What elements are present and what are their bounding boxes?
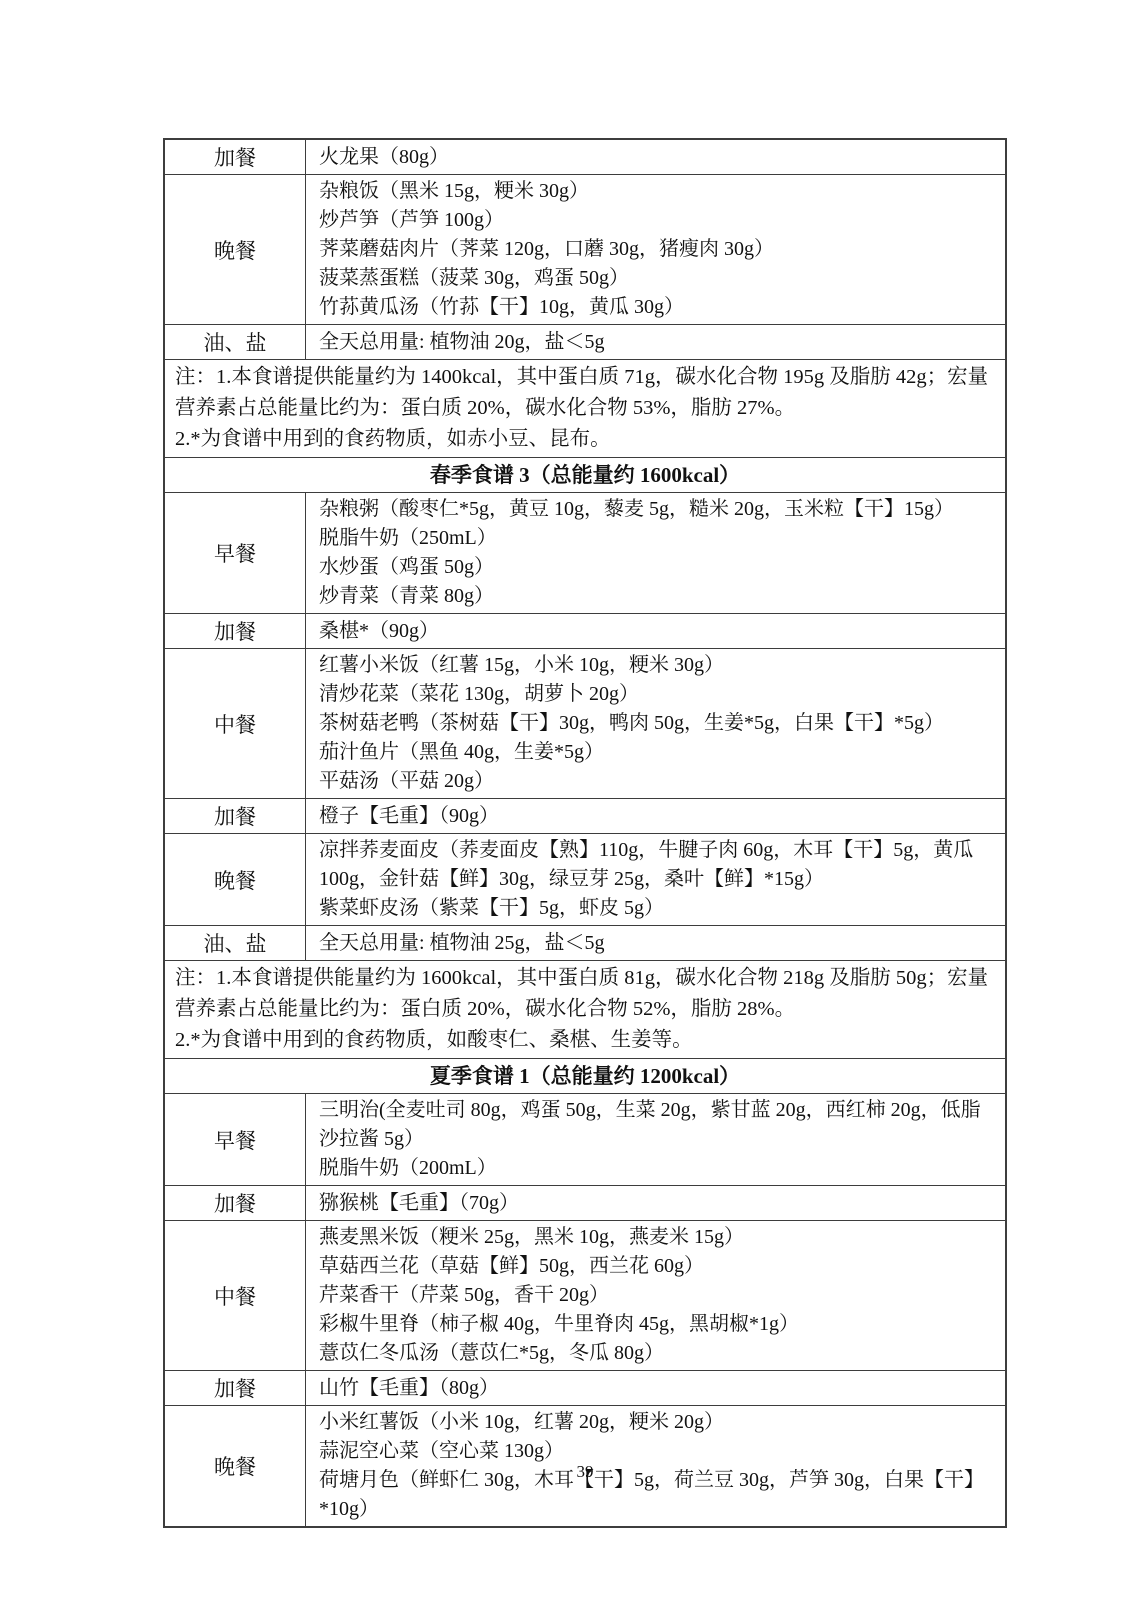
dish-line: 杂粮粥（酸枣仁*5g，黄豆 10g，藜麦 5g，糙米 20g，玉米粒【干】15g… <box>319 495 999 524</box>
meal-label: 中餐 <box>164 649 306 799</box>
table-row: 早餐 杂粮粥（酸枣仁*5g，黄豆 10g，藜麦 5g，糙米 20g，玉米粒【干】… <box>164 493 1006 614</box>
dish-line: 脱脂牛奶（200mL） <box>319 1154 999 1183</box>
meal-content: 橙子【毛重】（90g） <box>306 799 1007 834</box>
dish-line: 茶树菇老鸭（茶树菇【干】30g，鸭肉 50g，生姜*5g，白果【干】*5g） <box>319 709 999 738</box>
meal-label: 加餐 <box>164 1371 306 1406</box>
table-row: 中餐 燕麦黑米饭（粳米 25g，黑米 10g，燕麦米 15g） 草菇西兰花（草菇… <box>164 1221 1006 1371</box>
dish-line: 火龙果（80g） <box>319 143 999 172</box>
meal-label: 早餐 <box>164 493 306 614</box>
page-number: 39 <box>163 1462 1007 1482</box>
meal-label: 油、盐 <box>164 926 306 961</box>
dish-line: 燕麦黑米饭（粳米 25g，黑米 10g，燕麦米 15g） <box>319 1223 999 1252</box>
table-row: 春季食谱 3（总能量约 1600kcal） <box>164 458 1006 493</box>
dish-line: 凉拌荞麦面皮（荞麦面皮【熟】110g，牛腱子肉 60g，木耳【干】5g，黄瓜 1… <box>319 836 999 894</box>
table-row: 油、盐 全天总用量: 植物油 25g，盐＜5g <box>164 926 1006 961</box>
table-row: 夏季食谱 1（总能量约 1200kcal） <box>164 1059 1006 1094</box>
meal-plan-table: 加餐 火龙果（80g） 晚餐 杂粮饭（黑米 15g，粳米 30g） 炒芦笋（芦笋… <box>163 138 1007 1528</box>
meal-content: 三明治(全麦吐司 80g，鸡蛋 50g，生菜 20g，紫甘蓝 20g，西红柿 2… <box>306 1094 1007 1186</box>
table-row: 注：1.本食谱提供能量约为 1600kcal，其中蛋白质 81g，碳水化合物 2… <box>164 961 1006 1059</box>
table-row: 加餐 山竹【毛重】（80g） <box>164 1371 1006 1406</box>
table-row: 加餐 猕猴桃【毛重】（70g） <box>164 1186 1006 1221</box>
meal-label: 油、盐 <box>164 325 306 360</box>
table-row: 晚餐 凉拌荞麦面皮（荞麦面皮【熟】110g，牛腱子肉 60g，木耳【干】5g，黄… <box>164 834 1006 926</box>
dish-line: 清炒花菜（菜花 130g，胡萝卜 20g） <box>319 680 999 709</box>
meal-label: 加餐 <box>164 139 306 175</box>
table-row: 加餐 橙子【毛重】（90g） <box>164 799 1006 834</box>
dish-line: 小米红薯饭（小米 10g，红薯 20g，粳米 20g） <box>319 1408 999 1437</box>
recipe-title: 春季食谱 3（总能量约 1600kcal） <box>164 458 1006 493</box>
dish-line: 茄汁鱼片（黑鱼 40g，生姜*5g） <box>319 738 999 767</box>
table-row: 注：1.本食谱提供能量约为 1400kcal，其中蛋白质 71g，碳水化合物 1… <box>164 360 1006 458</box>
table-row: 晚餐 杂粮饭（黑米 15g，粳米 30g） 炒芦笋（芦笋 100g） 荠菜蘑菇肉… <box>164 175 1006 325</box>
dish-line: 芹菜香干（芹菜 50g，香干 20g） <box>319 1281 999 1310</box>
dish-line: 脱脂牛奶（250mL） <box>319 524 999 553</box>
dish-line: 彩椒牛里脊（柿子椒 40g，牛里脊肉 45g，黑胡椒*1g） <box>319 1310 999 1339</box>
document-page: 加餐 火龙果（80g） 晚餐 杂粮饭（黑米 15g，粳米 30g） 炒芦笋（芦笋… <box>0 0 1131 1600</box>
dish-line: 全天总用量: 植物油 20g，盐＜5g <box>319 328 999 357</box>
dish-line: 猕猴桃【毛重】（70g） <box>319 1189 999 1218</box>
recipe-title: 夏季食谱 1（总能量约 1200kcal） <box>164 1059 1006 1094</box>
dish-line: 三明治(全麦吐司 80g，鸡蛋 50g，生菜 20g，紫甘蓝 20g，西红柿 2… <box>319 1096 999 1154</box>
meal-content: 山竹【毛重】（80g） <box>306 1371 1007 1406</box>
table-row: 加餐 火龙果（80g） <box>164 139 1006 175</box>
meal-content: 燕麦黑米饭（粳米 25g，黑米 10g，燕麦米 15g） 草菇西兰花（草菇【鲜】… <box>306 1221 1007 1371</box>
note-line: 注：1.本食谱提供能量约为 1600kcal，其中蛋白质 81g，碳水化合物 2… <box>175 963 995 1025</box>
dish-line: 炒青菜（青菜 80g） <box>319 582 999 611</box>
meal-content: 杂粮饭（黑米 15g，粳米 30g） 炒芦笋（芦笋 100g） 荠菜蘑菇肉片（荠… <box>306 175 1007 325</box>
meal-content: 火龙果（80g） <box>306 139 1007 175</box>
meal-content: 杂粮粥（酸枣仁*5g，黄豆 10g，藜麦 5g，糙米 20g，玉米粒【干】15g… <box>306 493 1007 614</box>
meal-label: 早餐 <box>164 1094 306 1186</box>
table-row: 早餐 三明治(全麦吐司 80g，鸡蛋 50g，生菜 20g，紫甘蓝 20g，西红… <box>164 1094 1006 1186</box>
dish-line: 荠菜蘑菇肉片（荠菜 120g，口蘑 30g，猪瘦肉 30g） <box>319 235 999 264</box>
table-row: 中餐 红薯小米饭（红薯 15g，小米 10g，粳米 30g） 清炒花菜（菜花 1… <box>164 649 1006 799</box>
recipe-note: 注：1.本食谱提供能量约为 1400kcal，其中蛋白质 71g，碳水化合物 1… <box>164 360 1006 458</box>
dish-line: 杂粮饭（黑米 15g，粳米 30g） <box>319 177 999 206</box>
dish-line: 山竹【毛重】（80g） <box>319 1374 999 1403</box>
meal-label: 中餐 <box>164 1221 306 1371</box>
dish-line: 橙子【毛重】（90g） <box>319 802 999 831</box>
meal-content: 桑椹*（90g） <box>306 614 1007 649</box>
meal-content: 红薯小米饭（红薯 15g，小米 10g，粳米 30g） 清炒花菜（菜花 130g… <box>306 649 1007 799</box>
meal-label: 加餐 <box>164 799 306 834</box>
meal-label: 晚餐 <box>164 175 306 325</box>
dish-line: 炒芦笋（芦笋 100g） <box>319 206 999 235</box>
dish-line: 草菇西兰花（草菇【鲜】50g，西兰花 60g） <box>319 1252 999 1281</box>
table-row: 加餐 桑椹*（90g） <box>164 614 1006 649</box>
table-row: 油、盐 全天总用量: 植物油 20g，盐＜5g <box>164 325 1006 360</box>
dish-line: 竹荪黄瓜汤（竹荪【干】10g，黄瓜 30g） <box>319 293 999 322</box>
dish-line: 水炒蛋（鸡蛋 50g） <box>319 553 999 582</box>
meal-label: 加餐 <box>164 614 306 649</box>
meal-content: 全天总用量: 植物油 25g，盐＜5g <box>306 926 1007 961</box>
note-line: 2.*为食谱中用到的食药物质，如赤小豆、昆布。 <box>175 424 995 455</box>
dish-line: 薏苡仁冬瓜汤（薏苡仁*5g，冬瓜 80g） <box>319 1339 999 1368</box>
dish-line: 红薯小米饭（红薯 15g，小米 10g，粳米 30g） <box>319 651 999 680</box>
note-line: 2.*为食谱中用到的食药物质，如酸枣仁、桑椹、生姜等。 <box>175 1025 995 1056</box>
dish-line: 全天总用量: 植物油 25g，盐＜5g <box>319 929 999 958</box>
note-line: 注：1.本食谱提供能量约为 1400kcal，其中蛋白质 71g，碳水化合物 1… <box>175 362 995 424</box>
dish-line: 平菇汤（平菇 20g） <box>319 767 999 796</box>
dish-line: 桑椹*（90g） <box>319 617 999 646</box>
recipe-note: 注：1.本食谱提供能量约为 1600kcal，其中蛋白质 81g，碳水化合物 2… <box>164 961 1006 1059</box>
meal-label: 加餐 <box>164 1186 306 1221</box>
meal-content: 全天总用量: 植物油 20g，盐＜5g <box>306 325 1007 360</box>
meal-content: 凉拌荞麦面皮（荞麦面皮【熟】110g，牛腱子肉 60g，木耳【干】5g，黄瓜 1… <box>306 834 1007 926</box>
meal-label: 晚餐 <box>164 834 306 926</box>
meal-content: 猕猴桃【毛重】（70g） <box>306 1186 1007 1221</box>
dish-line: 菠菜蒸蛋糕（菠菜 30g，鸡蛋 50g） <box>319 264 999 293</box>
dish-line: 紫菜虾皮汤（紫菜【干】5g，虾皮 5g） <box>319 894 999 923</box>
